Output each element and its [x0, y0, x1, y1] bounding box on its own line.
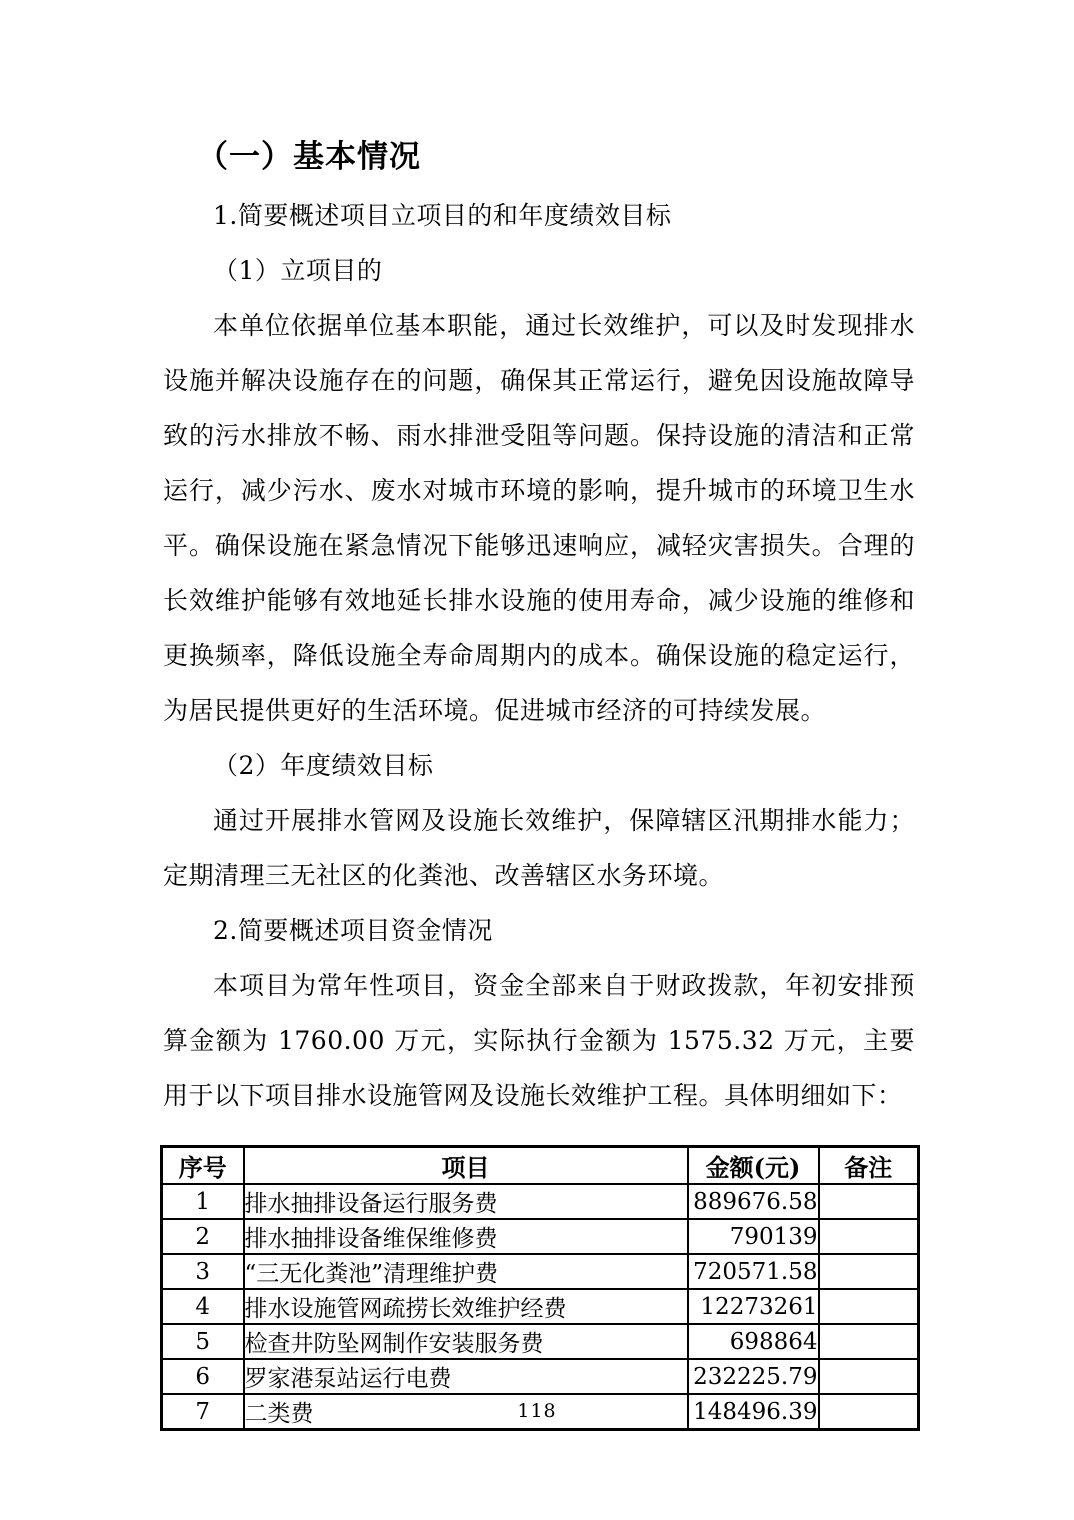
- table-row: 2排水抽排设备维保维修费790139: [162, 1219, 919, 1254]
- document-content: （一）基本情况 1.简要概述项目立项目的和年度绩效目标 （1）立项目的 本单位依…: [163, 136, 915, 1431]
- cell-note: [819, 1254, 919, 1289]
- table-row: 5检查井防坠网制作安装服务费698864: [162, 1324, 919, 1359]
- table-row: 4排水设施管网疏捞长效维护经费12273261: [162, 1289, 919, 1324]
- cell-item: 排水抽排设备维保维修费: [244, 1219, 688, 1254]
- header-no: 序号: [162, 1147, 244, 1185]
- cell-item: “三无化粪池”清理维护费: [244, 1254, 688, 1289]
- cell-item: 排水设施管网疏捞长效维护经费: [244, 1289, 688, 1324]
- paragraph-body-3: 本项目为常年性项目，资金全部来自于财政拨款，年初安排预算金额为 1760.00 …: [163, 958, 915, 1123]
- paragraph-body-1: 本单位依据单位基本职能，通过长效维护，可以及时发现排水设施并解决设施存在的问题，…: [163, 298, 915, 738]
- cell-no: 6: [162, 1359, 244, 1394]
- paragraph-body-2: 通过开展排水管网及设施长效维护，保障辖区汛期排水能力；定期清理三无社区的化粪池、…: [163, 793, 915, 903]
- cell-note: [819, 1219, 919, 1254]
- table-header-row: 序号 项目 金额(元) 备注: [162, 1147, 919, 1185]
- cell-item: 罗家港泵站运行电费: [244, 1359, 688, 1394]
- cell-no: 2: [162, 1219, 244, 1254]
- paragraph-sub-2: （2）年度绩效目标: [163, 738, 915, 793]
- table-row: 6罗家港泵站运行电费232225.79: [162, 1359, 919, 1394]
- section-heading: （一）基本情况: [197, 136, 915, 178]
- cell-amount: 720571.58: [688, 1254, 819, 1289]
- cell-amount: 12273261: [688, 1289, 819, 1324]
- header-amount: 金额(元): [688, 1147, 819, 1185]
- paragraph-numbered-2: 2.简要概述项目资金情况: [163, 903, 915, 958]
- cell-no: 4: [162, 1289, 244, 1324]
- funding-table-body: 1排水抽排设备运行服务费889676.582排水抽排设备维保维修费7901393…: [162, 1184, 919, 1430]
- cell-note: [819, 1324, 919, 1359]
- table-row: 1排水抽排设备运行服务费889676.58: [162, 1184, 919, 1219]
- page-number: 118: [0, 1400, 1074, 1422]
- cell-amount: 698864: [688, 1324, 819, 1359]
- cell-no: 5: [162, 1324, 244, 1359]
- cell-note: [819, 1184, 919, 1219]
- header-note: 备注: [819, 1147, 919, 1185]
- paragraph-sub-1: （1）立项目的: [163, 243, 915, 298]
- cell-amount: 790139: [688, 1219, 819, 1254]
- funding-detail-table: 序号 项目 金额(元) 备注 1排水抽排设备运行服务费889676.582排水抽…: [160, 1145, 920, 1431]
- cell-amount: 232225.79: [688, 1359, 819, 1394]
- cell-amount: 889676.58: [688, 1184, 819, 1219]
- document-page: （一）基本情况 1.简要概述项目立项目的和年度绩效目标 （1）立项目的 本单位依…: [0, 0, 1074, 1520]
- cell-no: 1: [162, 1184, 244, 1219]
- cell-item: 排水抽排设备运行服务费: [244, 1184, 688, 1219]
- cell-item: 检查井防坠网制作安装服务费: [244, 1324, 688, 1359]
- cell-no: 3: [162, 1254, 244, 1289]
- cell-note: [819, 1289, 919, 1324]
- header-item: 项目: [244, 1147, 688, 1185]
- table-row: 3“三无化粪池”清理维护费720571.58: [162, 1254, 919, 1289]
- paragraph-numbered-1: 1.简要概述项目立项目的和年度绩效目标: [163, 188, 915, 243]
- cell-note: [819, 1359, 919, 1394]
